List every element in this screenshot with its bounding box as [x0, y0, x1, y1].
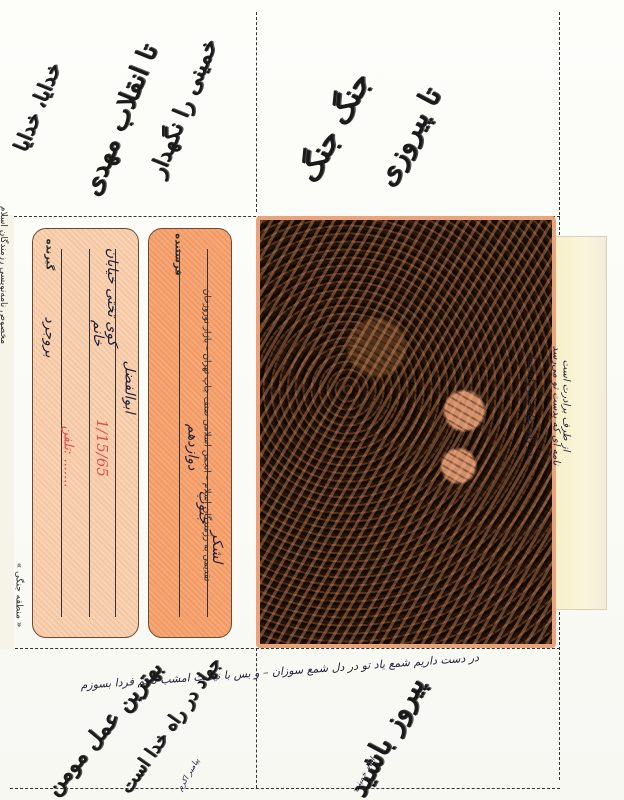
calligraphy-line: تا پیروزی [369, 82, 448, 192]
recipient-label: گیرنده [43, 239, 54, 271]
handwritten-line: لشکر [209, 531, 225, 563]
header-text: مخصوص نامه‌نویسی رزمندگان اسلام [0, 206, 8, 344]
fold-line [10, 648, 560, 649]
red-handwritten-date: 1/15/65 [93, 419, 111, 477]
calligraphy-line: جنگ جنگ [291, 67, 378, 189]
photo-caption: تقدیمی به رزمندگان اسلام – انجمن اسلامی … [201, 289, 211, 582]
handwritten-line: ابوالفضل [122, 361, 138, 414]
footer-text: « منطقه جنگی » [13, 563, 23, 628]
handwritten-line: در راه جهاد و در راه خدا [525, 355, 536, 456]
handwritten-line: دوازدهم [184, 424, 200, 471]
fold-line [10, 788, 560, 789]
handwritten-line: کوی تختی خیابان [104, 248, 120, 346]
calligraphy-line: خدایا، خدایا [8, 59, 65, 155]
letter-sheet: خدایا، خدایا تا انقلاب مهدی خمینی را نگه… [0, 0, 624, 800]
fold-line [256, 12, 257, 212]
calligraphy-line: تا انقلاب مهدی [76, 40, 164, 200]
handwritten-line: از طرف برادرت است [560, 360, 571, 452]
sender-label: فرستنده [173, 233, 184, 275]
recipient-address-box: گیرنده بروجرد کوی تختی خیابان خانم ابوال… [32, 228, 139, 638]
handwritten-line: بروجرد [42, 317, 58, 358]
handwritten-line: خانم [90, 320, 106, 346]
red-handwritten-phone: تلفن: ....... [60, 426, 75, 488]
sender-address-box: فرستنده دوازدهم جنوب لشکر [148, 228, 232, 638]
crowd-photo [256, 216, 556, 648]
